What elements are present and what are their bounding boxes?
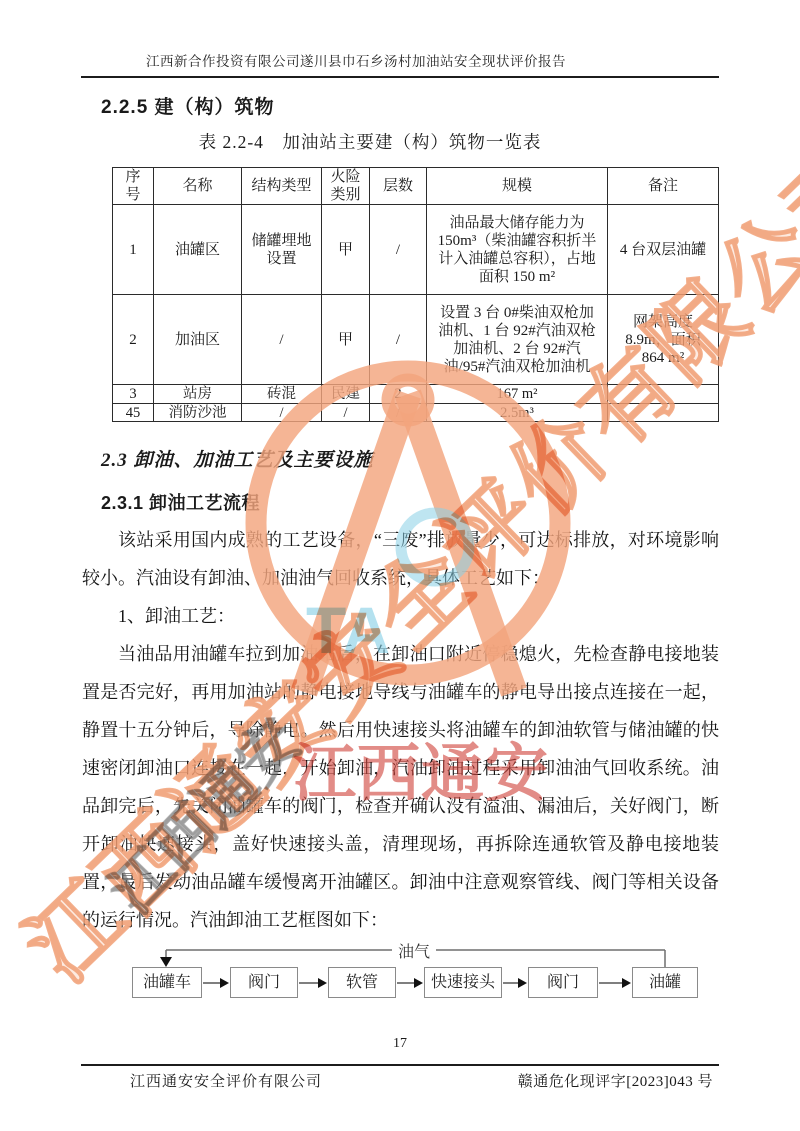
cell-structure: 储罐埋地设置 — [242, 205, 322, 295]
vapor-label: 油气 — [392, 939, 436, 962]
col-header-floors: 层数 — [370, 168, 427, 205]
col-header-scale: 规模 — [427, 168, 608, 205]
cell-fire-class: 甲 — [322, 295, 370, 385]
body-text: 该站采用国内成熟的工艺设备，“三废”排放量少，可达标排放，对环境影响较小。汽油设… — [82, 521, 719, 939]
cell-fire-class: 民建 — [322, 385, 370, 404]
col-header-name: 名称 — [154, 168, 242, 205]
col-header-remark: 备注 — [608, 168, 719, 205]
page-header-title: 江西新合作投资有限公司遂川县巾石乡汤村加油站安全现状评价报告 — [0, 50, 712, 70]
cell-name: 消防沙池 — [154, 404, 242, 422]
cell-name: 加油区 — [154, 295, 242, 385]
flow-node-quick-coupler: 快速接头 — [424, 967, 502, 998]
footer-doc-number: 赣通危化现评字[2023]043 号 — [518, 1070, 713, 1091]
report-page: 江西新合作投资有限公司遂川县巾石乡汤村加油站安全现状评价报告 2.2.5 建（构… — [0, 0, 800, 1131]
cell-scale: 167 m² — [427, 385, 608, 404]
flow-node-tanker-truck: 油罐车 — [132, 967, 202, 998]
cell-floors: / — [370, 295, 427, 385]
paragraph: 1、卸油工艺： — [82, 597, 719, 635]
table-header-row: 序号 名称 结构类型 火险类别 层数 规模 备注 — [113, 168, 719, 205]
cell-fire-class: 甲 — [322, 205, 370, 295]
section-2-3-heading: 2.3 卸油、加油工艺及主要设施 — [101, 445, 374, 472]
paragraph: 当油品用油罐车拉到加油站后，在卸油口附近停稳熄火，先检查静电接地装置是否完好，再… — [82, 635, 719, 939]
page-number: 17 — [0, 1036, 800, 1052]
section-2-2-5-heading: 2.2.5 建（构）筑物 — [101, 92, 275, 119]
table-caption: 表 2.2-4 加油站主要建（构）筑物一览表 — [30, 129, 710, 154]
cell-index: 45 — [113, 404, 154, 422]
table-row: 1 油罐区 储罐埋地设置 甲 / 油品最大储存能力为 150m³（柴油罐容积折半… — [113, 205, 719, 295]
flow-node-hose: 软管 — [328, 967, 396, 998]
cell-structure: / — [242, 404, 322, 422]
cell-remark: 网架高度 8.9m，面积 864 m² — [608, 295, 719, 385]
section-2-3-1-heading: 2.3.1 卸油工艺流程 — [101, 489, 260, 515]
cell-fire-class: / — [322, 404, 370, 422]
cell-remark — [608, 404, 719, 422]
flow-node-valve-1: 阀门 — [230, 967, 298, 998]
buildings-table: 序号 名称 结构类型 火险类别 层数 规模 备注 1 油罐区 储罐埋地设置 甲 … — [112, 167, 719, 422]
cell-scale: 油品最大储存能力为 150m³（柴油罐容积折半计入油罐总容积），占地面积 150… — [427, 205, 608, 295]
col-header-index: 序号 — [113, 168, 154, 205]
cell-name: 站房 — [154, 385, 242, 404]
table-row: 3 站房 砖混 民建 2 167 m² — [113, 385, 719, 404]
cell-name: 油罐区 — [154, 205, 242, 295]
cell-index: 1 — [113, 205, 154, 295]
flow-node-valve-2: 阀门 — [528, 967, 598, 998]
paragraph: 该站采用国内成熟的工艺设备，“三废”排放量少，可达标排放，对环境影响较小。汽油设… — [82, 521, 719, 597]
cell-remark — [608, 385, 719, 404]
col-header-fire-class: 火险类别 — [322, 168, 370, 205]
cell-floors: / — [370, 404, 427, 422]
footer-company: 江西通安安全评价有限公司 — [130, 1070, 322, 1091]
cell-index: 2 — [113, 295, 154, 385]
cell-floors: / — [370, 205, 427, 295]
table-row: 45 消防沙池 / / / 2.5m³ — [113, 404, 719, 422]
cell-scale: 设置 3 台 0#柴油双枪加油机、1 台 92#汽油双枪加油机、2 台 92#汽… — [427, 295, 608, 385]
cell-floors: 2 — [370, 385, 427, 404]
footer-divider — [81, 1064, 719, 1066]
flow-node-storage-tank: 油罐 — [632, 967, 698, 998]
cell-index: 3 — [113, 385, 154, 404]
header-divider — [81, 76, 719, 78]
cell-structure: 砖混 — [242, 385, 322, 404]
col-header-structure: 结构类型 — [242, 168, 322, 205]
cell-remark: 4 台双层油罐 — [608, 205, 719, 295]
cell-scale: 2.5m³ — [427, 404, 608, 422]
cell-structure: / — [242, 295, 322, 385]
table-row: 2 加油区 / 甲 / 设置 3 台 0#柴油双枪加油机、1 台 92#汽油双枪… — [113, 295, 719, 385]
